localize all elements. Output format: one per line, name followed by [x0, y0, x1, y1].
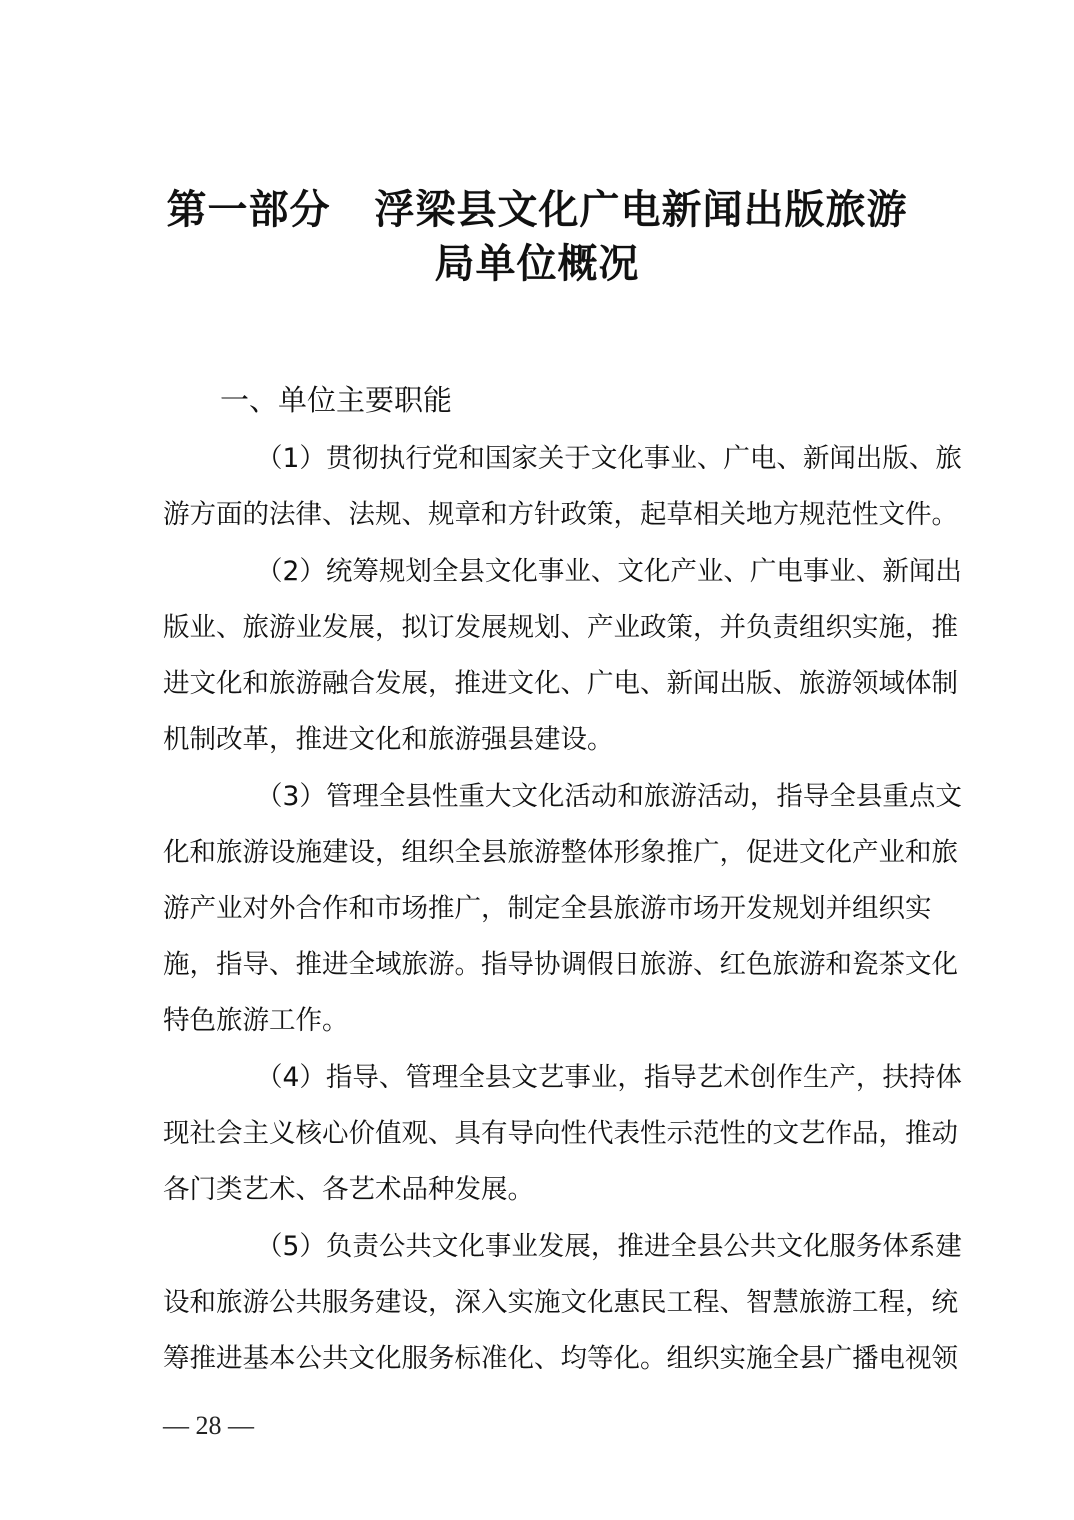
paragraph-1-line-1: （1）贯彻执行党和国家关于文化事业、广电、新闻出版、旅	[256, 439, 913, 479]
paragraph-5-line-3: 筹推进基本公共文化服务标准化、均等化。组织实施全县广播电视领	[163, 1339, 913, 1379]
paragraph-1-line-2: 游方面的法律、法规、规章和方针政策，起草相关地方规范性文件。	[163, 495, 913, 535]
title-part-label: 第一部分	[167, 186, 331, 233]
paragraph-2-line-2: 版业、旅游业发展，拟订发展规划、产业政策，并负责组织实施，推	[163, 608, 913, 648]
section-heading: 一、单位主要职能	[220, 378, 452, 422]
paragraph-5-line-1: （5）负责公共文化事业发展，推进全县公共文化服务体系建	[256, 1227, 913, 1267]
paragraph-3-line-4: 施，指导、推进全域旅游。指导协调假日旅游、红色旅游和瓷茶文化	[163, 945, 913, 985]
paragraph-3-line-3: 游产业对外合作和市场推广，制定全县旅游市场开发规划并组织实	[163, 889, 913, 929]
paragraph-2-line-4: 机制改革，推进文化和旅游强县建设。	[163, 720, 913, 760]
page-title-line-2: 局单位概况	[0, 240, 1074, 288]
paragraph-2-line-1: （2）统筹规划全县文化事业、文化产业、广电事业、新闻出	[256, 552, 913, 592]
paragraph-3-line-5: 特色旅游工作。	[163, 1001, 913, 1041]
document-page: 第一部分浮梁县文化广电新闻出版旅游 局单位概况 一、单位主要职能 （1）贯彻执行…	[0, 0, 1074, 1520]
paragraph-3-line-1: （3）管理全县性重大文化活动和旅游活动，指导全县重点文	[256, 777, 913, 817]
paragraph-4-line-1: （4）指导、管理全县文艺事业，指导艺术创作生产，扶持体	[256, 1058, 913, 1098]
paragraph-4-line-3: 各门类艺术、各艺术品种发展。	[163, 1170, 913, 1210]
paragraph-3-line-2: 化和旅游设施建设，组织全县旅游整体形象推广，促进文化产业和旅	[163, 833, 913, 873]
paragraph-5-line-2: 设和旅游公共服务建设，深入实施文化惠民工程、智慧旅游工程，统	[163, 1283, 913, 1323]
page-number: — 28 —	[163, 1408, 254, 1444]
page-title-line-1: 第一部分浮梁县文化广电新闻出版旅游	[0, 186, 1074, 234]
paragraph-4-line-2: 现社会主义核心价值观、具有导向性代表性示范性的文艺作品，推动	[163, 1114, 913, 1154]
paragraph-2-line-3: 进文化和旅游融合发展，推进文化、广电、新闻出版、旅游领域体制	[163, 664, 913, 704]
title-unit-name: 浮梁县文化广电新闻出版旅游	[375, 186, 908, 233]
